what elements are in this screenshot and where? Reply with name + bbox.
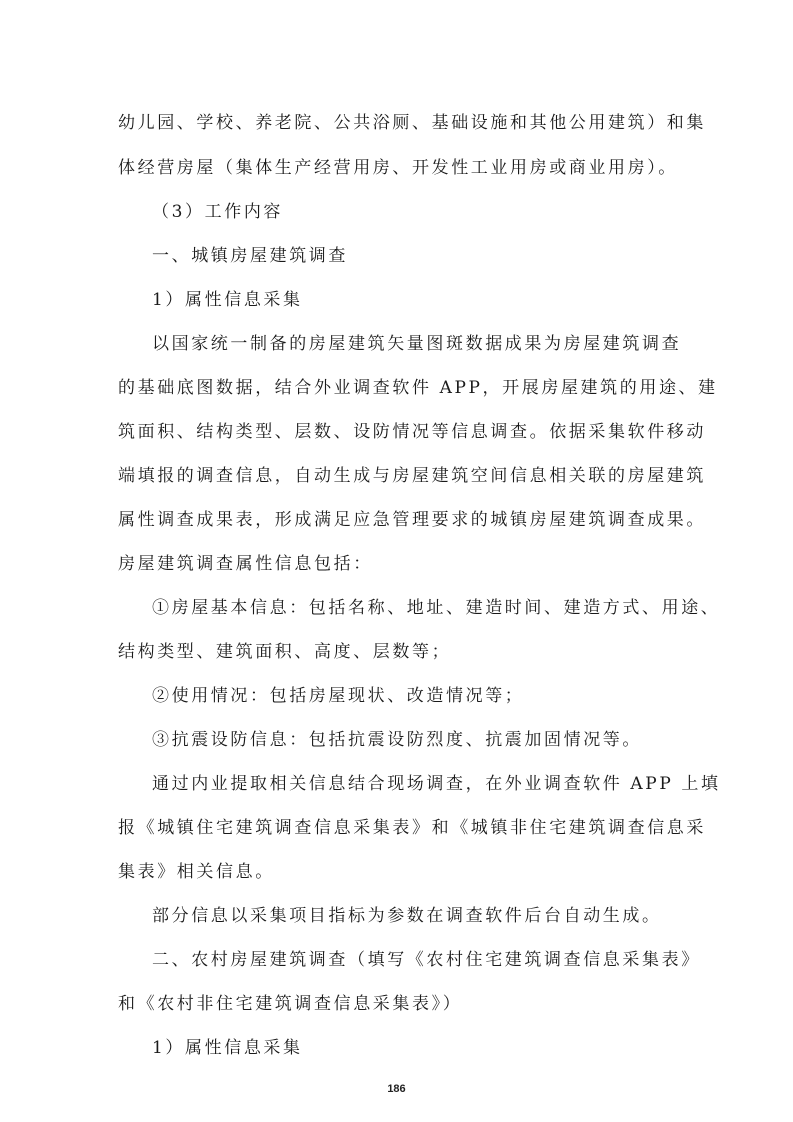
text-line: 的基础底图数据，结合外业调查软件 APP，开展房屋建筑的用途、建 [118, 377, 678, 399]
subsection-heading: 1）属性信息采集 [152, 1037, 712, 1059]
section-heading: 一、城镇房屋建筑调查 [152, 245, 712, 267]
text-line: 筑面积、结构类型、层数、设防情况等信息调查。依据采集软件移动 [118, 421, 678, 443]
list-item: ②使用情况：包括房屋现状、改造情况等； [152, 685, 712, 707]
document-page: 幼儿园、学校、养老院、公共浴厕、基础设施和其他公用建筑）和集 体经营房屋（集体生… [0, 0, 793, 1122]
text-line: 属性调查成果表，形成满足应急管理要求的城镇房屋建筑调查成果。 [118, 509, 678, 531]
text-line: 结构类型、建筑面积、高度、层数等； [118, 641, 678, 663]
list-item: ③抗震设防信息：包括抗震设防烈度、抗震加固情况等。 [152, 729, 712, 751]
subsection-heading: 1）属性信息采集 [152, 289, 712, 311]
text-line: 体经营房屋（集体生产经营用房、开发性工业用房或商业用房）。 [118, 157, 678, 179]
text-line: 通过内业提取相关信息结合现场调查，在外业调查软件 APP 上填 [152, 773, 712, 795]
section-heading: （3）工作内容 [152, 201, 712, 223]
text-line: 房屋建筑调查属性信息包括： [118, 553, 678, 575]
text-line: 集表》相关信息。 [118, 861, 678, 883]
page-number: 186 [0, 1083, 793, 1095]
section-heading: 二、农村房屋建筑调查（填写《农村住宅建筑调查信息采集表》 [152, 949, 712, 971]
text-line: 部分信息以采集项目指标为参数在调查软件后台自动生成。 [152, 905, 712, 927]
text-line: 端填报的调查信息，自动生成与房屋建筑空间信息相关联的房屋建筑 [118, 465, 678, 487]
text-line: 报《城镇住宅建筑调查信息采集表》和《城镇非住宅建筑调查信息采 [118, 817, 678, 839]
text-line: 幼儿园、学校、养老院、公共浴厕、基础设施和其他公用建筑）和集 [118, 112, 678, 134]
text-line: 以国家统一制备的房屋建筑矢量图斑数据成果为房屋建筑调查 [152, 333, 712, 355]
text-line: 和《农村非住宅建筑调查信息采集表》） [118, 993, 678, 1015]
list-item: ①房屋基本信息：包括名称、地址、建造时间、建造方式、用途、 [152, 597, 712, 619]
